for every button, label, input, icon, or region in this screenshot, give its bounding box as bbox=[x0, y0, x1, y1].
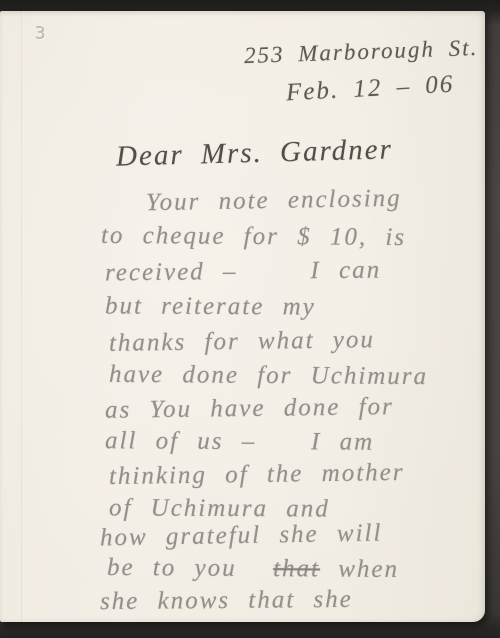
handwritten-line: be to you that when bbox=[107, 554, 399, 584]
handwritten-line: have done for Uchimura bbox=[109, 361, 428, 391]
scan-background: 3 253 Marborough St. Feb. 12 – 06 Dear M… bbox=[0, 0, 500, 638]
struck-word: that bbox=[273, 555, 320, 582]
date-line: Feb. 12 – 06 bbox=[285, 71, 455, 108]
handwritten-line: how grateful she will bbox=[100, 520, 383, 553]
salutation-line: Dear Mrs. Gardner bbox=[116, 133, 394, 173]
handwritten-line: she knows that she bbox=[100, 586, 353, 616]
handwritten-line: received – I can bbox=[105, 257, 381, 288]
handwritten-line: Your note enclosing bbox=[146, 185, 402, 217]
letter-page: 3 253 Marborough St. Feb. 12 – 06 Dear M… bbox=[0, 11, 485, 622]
handwritten-line: all of us – I am bbox=[105, 427, 374, 456]
address-line: 253 Marborough St. bbox=[244, 35, 479, 69]
fold-crease bbox=[21, 11, 24, 622]
handwritten-line: to cheque for $ 10, is bbox=[101, 222, 406, 252]
handwritten-line: but reiterate my bbox=[105, 292, 316, 321]
line-segment: be to you bbox=[107, 554, 273, 582]
page-number-stamp: 3 bbox=[35, 24, 46, 44]
handwritten-line: of Uchimura and bbox=[109, 494, 330, 523]
handwritten-line: thanks for what you bbox=[109, 326, 375, 358]
line-segment: when bbox=[320, 555, 399, 583]
handwritten-line: as You have done for bbox=[105, 393, 394, 425]
handwritten-line: thinking of the mother bbox=[109, 459, 405, 491]
